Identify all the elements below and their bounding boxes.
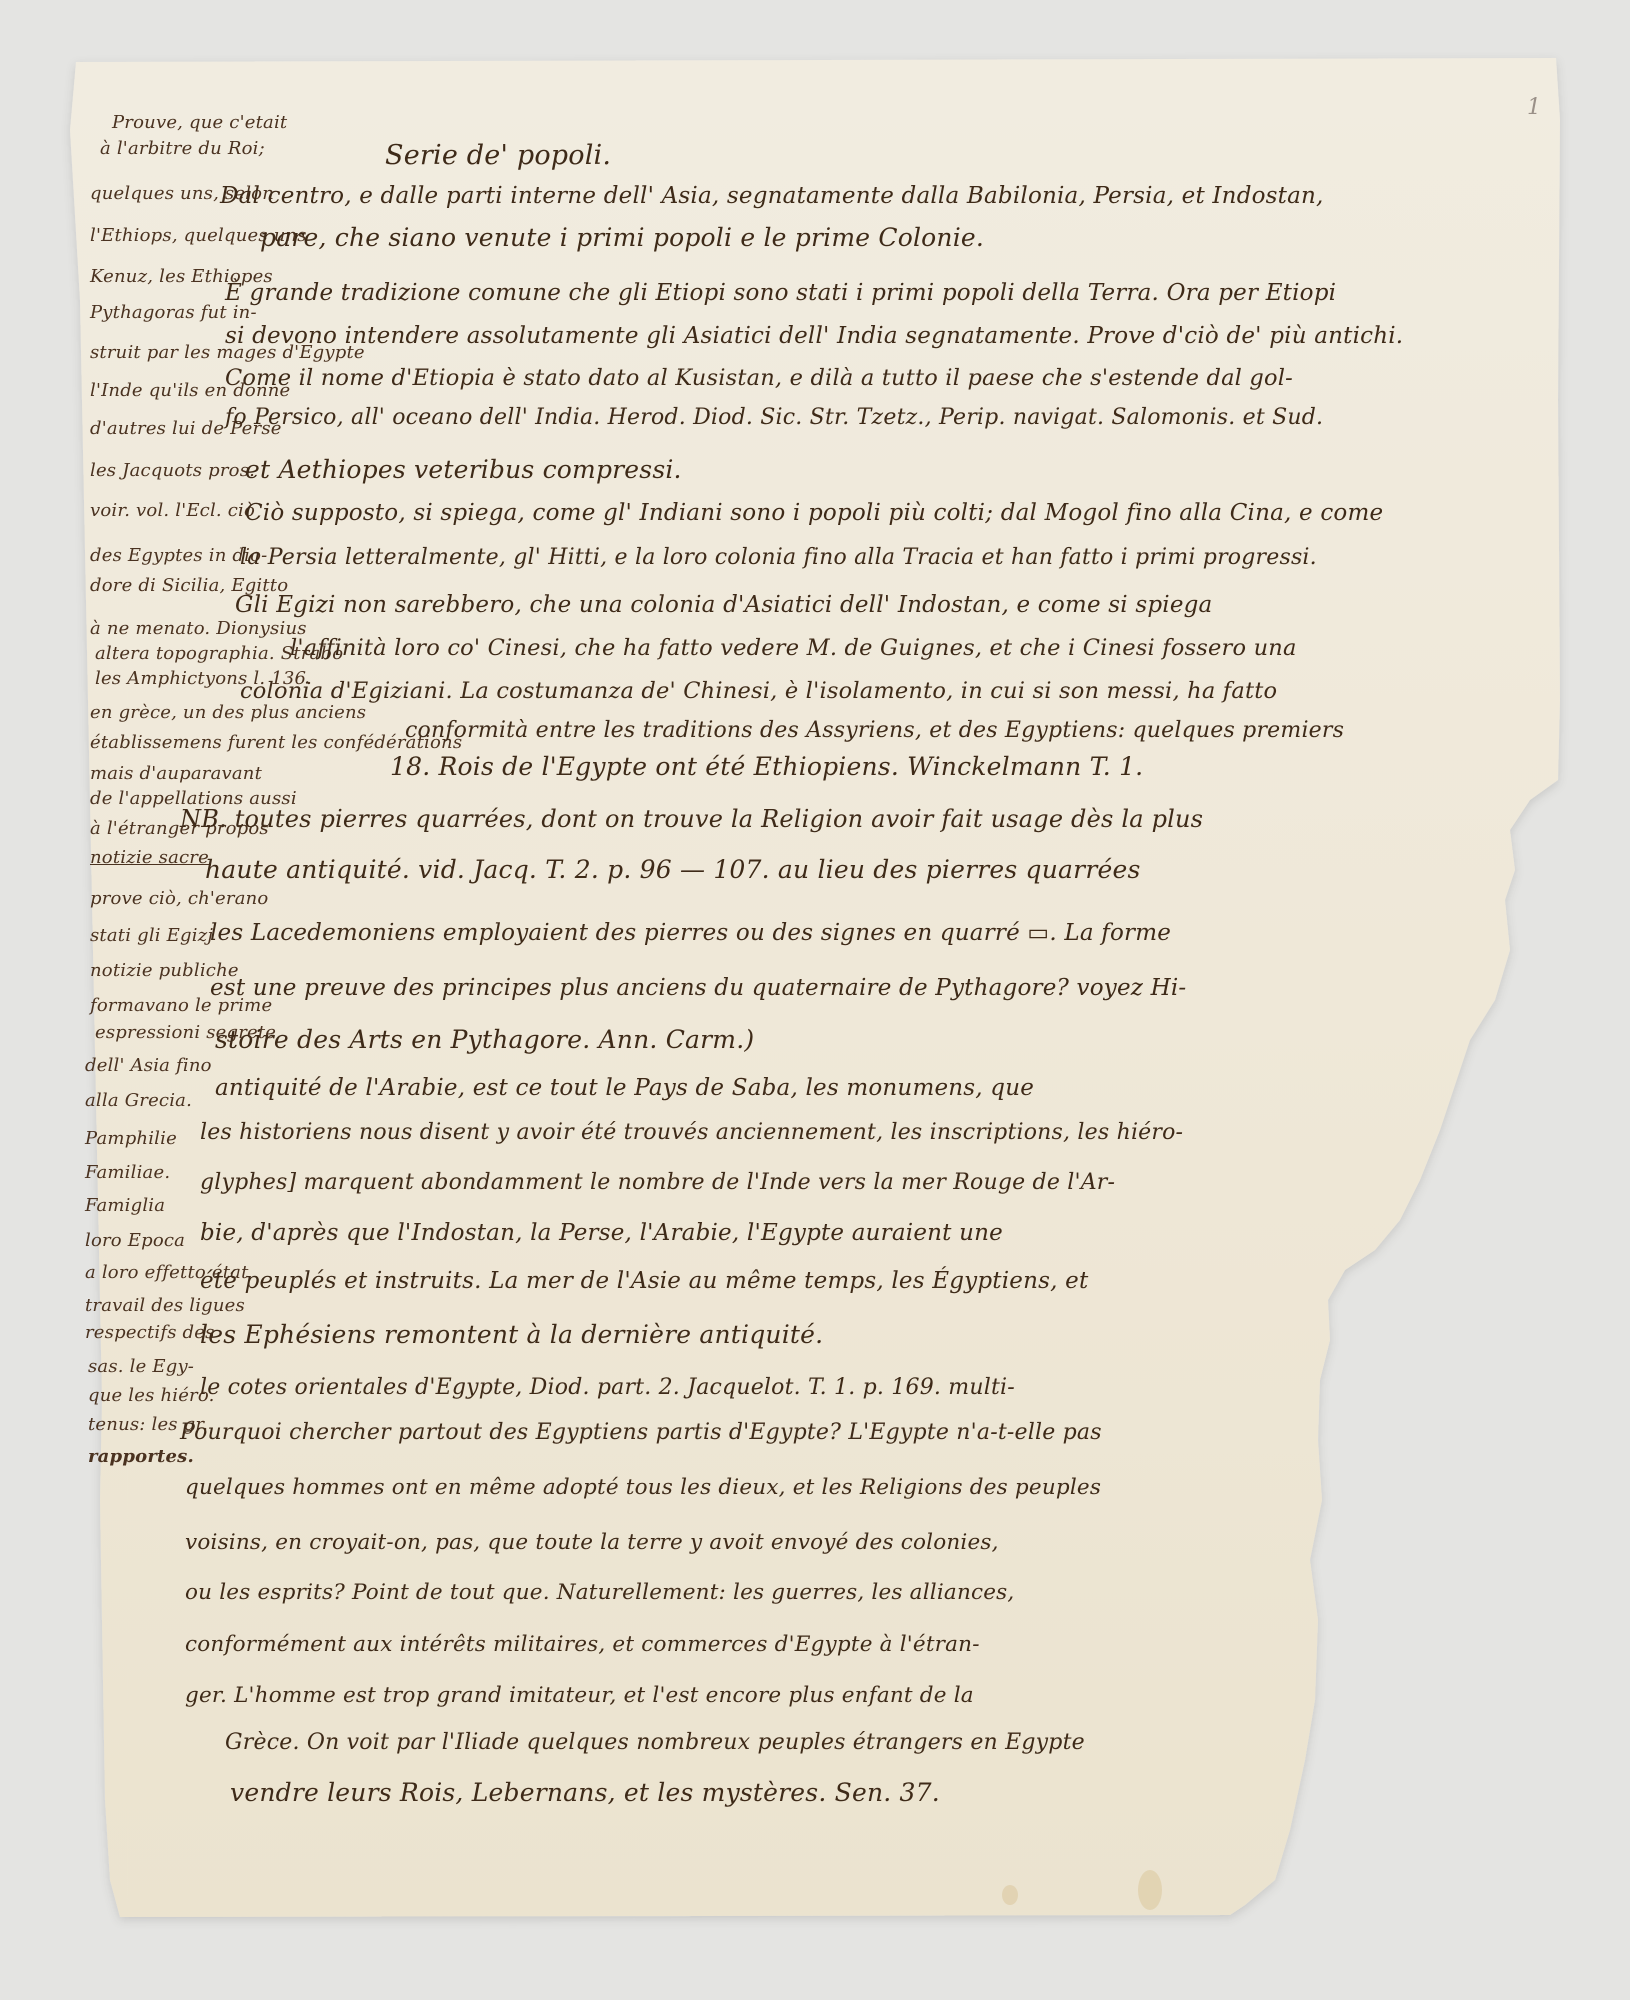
- margin-note: voir. vol. l'Ecl. ciò: [90, 500, 255, 521]
- text-line: le cotes orientales d'Egypte, Diod. part…: [200, 1375, 1015, 1400]
- page-number-mark: 1: [1527, 95, 1541, 120]
- margin-note: stati gli Egizj: [90, 925, 213, 946]
- margin-note: en grèce, un des plus anciens: [90, 702, 366, 723]
- margin-note: Prouve, que c'etait: [112, 112, 287, 133]
- page-title: Serie de' popoli.: [385, 140, 611, 171]
- text-line: pare, che siano venute i primi popoli e …: [260, 223, 984, 252]
- margin-note: les Jacquots pros.: [90, 460, 255, 481]
- margin-note: mais d'auparavant: [90, 763, 262, 784]
- text-line: fo Persico, all' oceano dell' India. Her…: [225, 405, 1323, 430]
- manuscript-page: 1 Prouve, que c'etait à l'arbitre du Roi…: [0, 0, 1630, 2000]
- text-line: si devono intendere assolutamente gli As…: [225, 323, 1403, 349]
- text-line: haute antiquité. vid. Jacq. T. 2. p. 96 …: [205, 855, 1140, 884]
- text-line: et Aethiopes veteribus compressi.: [245, 455, 682, 484]
- text-line: Gli Egizi non sarebbero, che una colonia…: [235, 592, 1212, 618]
- text-line: été peuplés et instruits. La mer de l'As…: [200, 1268, 1088, 1294]
- margin-note: Familiae.: [85, 1162, 170, 1183]
- text-line: vendre leurs Rois, Lebernans, et les mys…: [230, 1778, 940, 1807]
- text-line: Ciò supposto, si spiega, come gl' Indian…: [245, 500, 1383, 526]
- text-line: stoire des Arts en Pythagore. Ann. Carm.…: [215, 1025, 754, 1054]
- margin-note: notizie sacre: [90, 847, 209, 868]
- margin-note: à ne menato. Dionysius: [90, 618, 307, 639]
- text-line: ou les esprits? Point de tout que. Natur…: [185, 1580, 1014, 1605]
- text-line: Come il nome d'Etiopia è stato dato al K…: [225, 365, 1293, 391]
- text-line: quelques hommes ont en même adopté tous …: [185, 1475, 1101, 1500]
- text-line: NB. toutes pierres quarrées, dont on tro…: [180, 805, 1203, 833]
- margin-note: Pamphilie: [85, 1128, 177, 1149]
- text-line: 18. Rois de l'Egypte ont été Ethiopiens.…: [390, 752, 1143, 781]
- text-line: glyphes] marquent abondamment le nombre …: [200, 1170, 1115, 1195]
- text-line: colonia d'Egiziani. La costumanza de' Ch…: [240, 678, 1277, 704]
- margin-note: Famiglia: [85, 1195, 165, 1216]
- margin-note: travail des ligues: [85, 1295, 245, 1316]
- text-line: antiquité de l'Arabie, est ce tout le Pa…: [215, 1075, 1034, 1101]
- text-line: est une preuve des principes plus ancien…: [210, 975, 1186, 1001]
- margin-note: à l'arbitre du Roi;: [100, 138, 265, 159]
- text-line: les historiens nous disent y avoir été t…: [200, 1120, 1183, 1145]
- text-line: ger. L'homme est trop grand imitateur, e…: [185, 1683, 974, 1708]
- text-line: Pourquoi chercher partout des Egyptiens …: [180, 1420, 1102, 1445]
- margin-note: alla Grecia.: [85, 1090, 192, 1111]
- text-line: bie, d'après que l'Indostan, la Perse, l…: [200, 1220, 1003, 1246]
- margin-note: respectifs des: [85, 1322, 215, 1343]
- text-line: Dal centro, e dalle parti interne dell' …: [220, 183, 1324, 209]
- text-line: les Lacedemoniens employaient des pierre…: [210, 920, 1171, 946]
- margin-note: que les hiéro.: [88, 1385, 215, 1406]
- text-line: la Persia letteralmente, gl' Hitti, e la…: [240, 545, 1317, 570]
- margin-note: rapportes.: [88, 1446, 194, 1467]
- text-line: conformità entre les traditions des Assy…: [405, 718, 1344, 743]
- text-line: l'affinità loro co' Cinesi, che ha fatto…: [290, 635, 1297, 661]
- text-line: È grande tradizione comune che gli Etiop…: [225, 280, 1336, 306]
- text-line: Grèce. On voit par l'Iliade quelques nom…: [225, 1730, 1085, 1755]
- text-line: les Ephésiens remontent à la dernière an…: [200, 1320, 823, 1349]
- margin-note: sas. le Egy-: [88, 1356, 194, 1377]
- text-line: voisins, en croyait-on, pas, que toute l…: [185, 1530, 999, 1555]
- margin-note: dell' Asia fino: [85, 1055, 212, 1076]
- text-line: conformément aux intérêts militaires, et…: [185, 1632, 980, 1657]
- margin-note: prove ciò, ch'erano: [90, 888, 268, 909]
- margin-note: loro Epoca: [85, 1230, 185, 1251]
